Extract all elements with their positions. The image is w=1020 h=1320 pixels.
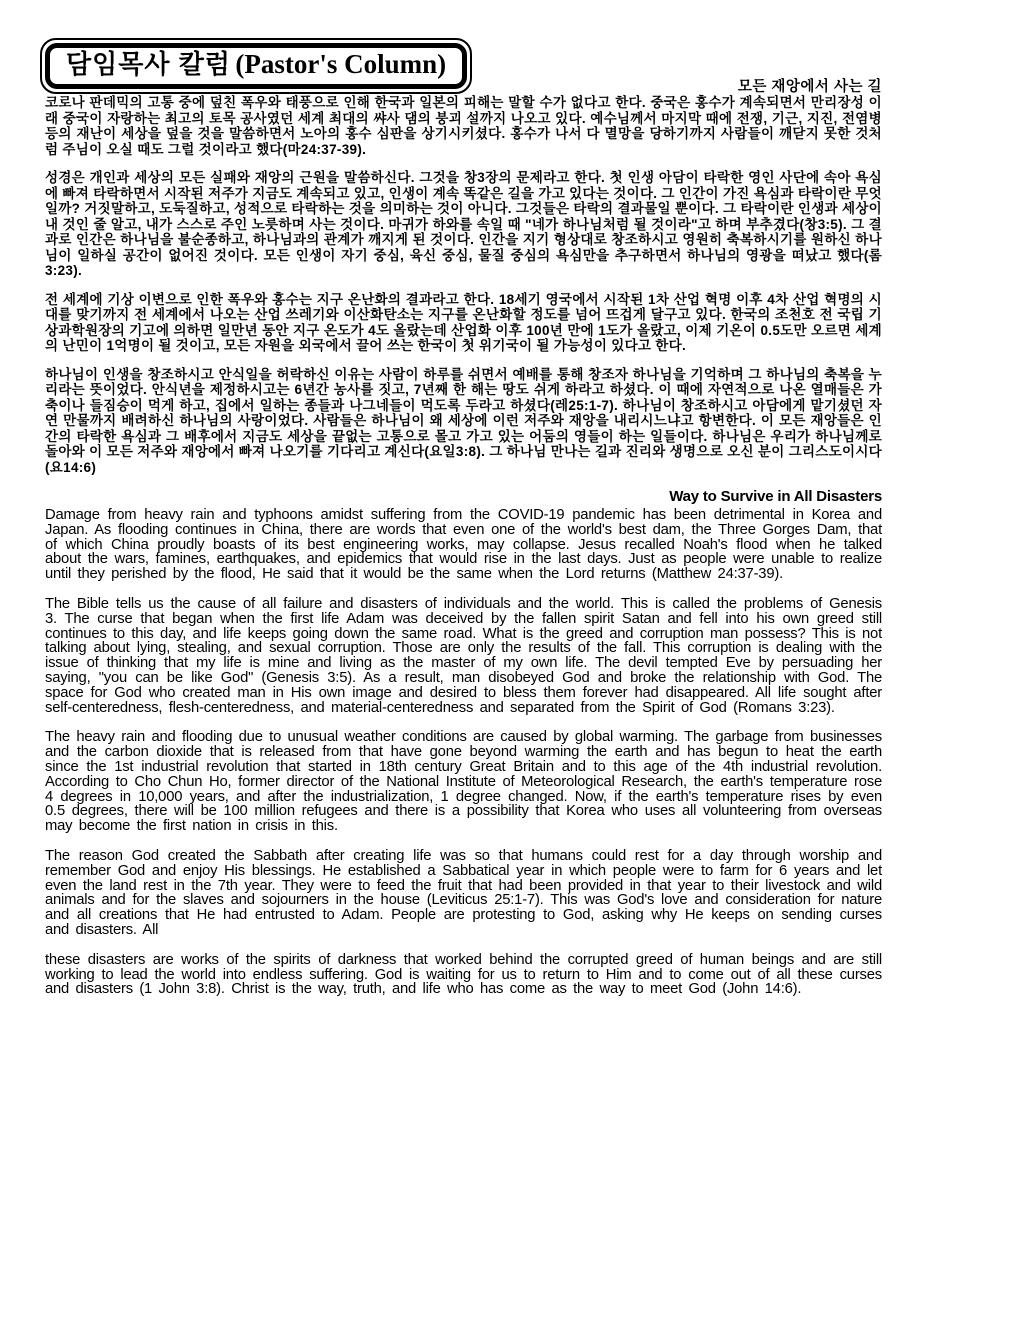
title-box-inner: 담임목사 칼럼 (Pastor's Column) [45, 43, 467, 89]
korean-paragraph-3: 전 세계에 기상 이변으로 인한 폭우와 홍수는 지구 온난화의 결과라고 한다… [45, 292, 882, 354]
korean-section: 코로나 판데믹의 고통 중에 덮친 폭우와 태풍으로 인해 한국과 일본의 피해… [45, 95, 882, 475]
english-paragraph-5: these disasters are works of the spirits… [45, 953, 882, 997]
english-paragraph-1: Damage from heavy rain and typhoons amid… [45, 508, 882, 582]
pastor-column-page: 담임목사 칼럼 (Pastor's Column) 모든 재앙에서 사는 길 코… [0, 0, 1020, 1320]
page-title-korean: 담임목사 칼럼 [66, 49, 231, 79]
korean-paragraph-1: 코로나 판데믹의 고통 중에 덮친 폭우와 태풍으로 인해 한국과 일본의 피해… [45, 95, 882, 157]
english-paragraph-4: The reason God created the Sabbath after… [45, 849, 882, 938]
korean-paragraph-2: 성경은 개인과 세상의 모든 실패와 재앙의 근원을 말씀하신다. 그것을 창3… [45, 170, 882, 279]
page-title-english: (Pastor's Column) [235, 49, 446, 79]
english-paragraph-2: The Bible tells us the cause of all fail… [45, 597, 882, 715]
english-section-heading: Way to Survive in All Disasters [45, 488, 882, 505]
page-header: 담임목사 칼럼 (Pastor's Column) 모든 재앙에서 사는 길 [45, 38, 882, 92]
title-box: 담임목사 칼럼 (Pastor's Column) [40, 38, 472, 94]
korean-section-heading: 모든 재앙에서 사는 길 [738, 75, 882, 96]
english-section: Damage from heavy rain and typhoons amid… [45, 508, 882, 997]
korean-paragraph-4: 하나님이 인생을 창조하시고 안식일을 허락하신 이유는 사람이 하루를 쉬면서… [45, 367, 882, 476]
english-paragraph-3: The heavy rain and flooding due to unusu… [45, 730, 882, 834]
